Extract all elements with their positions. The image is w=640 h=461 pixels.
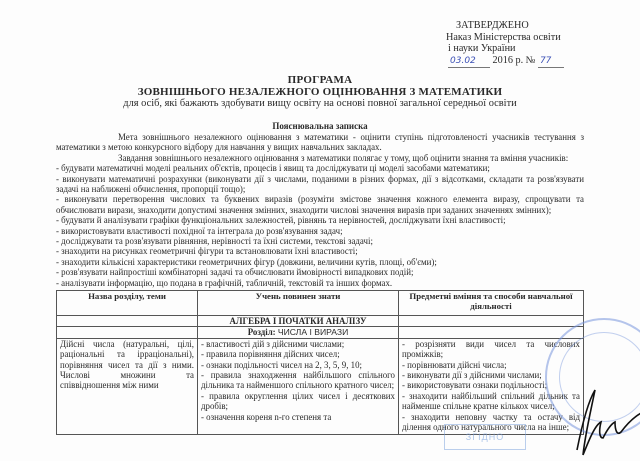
know-item: - властивості дій з дійсними числами;: [201, 339, 395, 349]
know-item: - правила округлення цілих чисел і десят…: [201, 391, 395, 412]
doc-subtitle: ЗОВНІШНЬОГО НЕЗАЛЕЖНОГО ОЦІНЮВАННЯ З МАТ…: [0, 86, 640, 98]
header-skills: Предметні вміння та способи навчальної д…: [399, 291, 584, 316]
approval-date-line: 03.02 2016 р. № 77: [446, 55, 564, 69]
approval-year: 2016 р. №: [493, 55, 536, 66]
know-item: - означення кореня n-го степеня та: [201, 412, 395, 422]
subsection-row: Розділ: ЧИСЛА І ВИРАЗИ: [57, 327, 584, 338]
subsection-title: Розділ: ЧИСЛА І ВИРАЗИ: [198, 327, 399, 338]
list-item: - виконувати математичні розрахунки (вик…: [56, 174, 584, 195]
header-know: Учень повинен знати: [198, 291, 399, 316]
empty-cell: [57, 327, 198, 338]
approval-order: Наказ Міністерства освіти: [446, 32, 564, 44]
explanatory-note-body: Мета зовнішнього незалежного оцінювання …: [56, 132, 584, 288]
table-header-row: Назва розділу, теми Учень повинен знати …: [57, 291, 584, 316]
doc-audience: для осіб, які бажають здобувати вищу осв…: [0, 98, 640, 109]
know-cell: - властивості дій з дійсними числами; - …: [198, 338, 399, 434]
handwritten-date: 03.02: [448, 56, 490, 69]
header-topic: Назва розділу, теми: [57, 291, 198, 316]
list-item: - знаходити на рисунках геометричні фігу…: [56, 246, 584, 256]
approval-title: ЗАТВЕРДЖЕНО: [446, 20, 564, 32]
list-item: - знаходити кількісні характеристики гео…: [56, 257, 584, 267]
know-item: - правила знаходження найбільшого спільн…: [201, 370, 395, 391]
explanatory-note-heading: Пояснювальна записка: [0, 121, 640, 131]
approval-block: ЗАТВЕРДЖЕНО Наказ Міністерства освіти і …: [446, 20, 564, 68]
doc-title: ПРОГРАМА: [0, 74, 640, 86]
approval-ministry: і науки України: [446, 43, 564, 55]
signature-icon: [575, 380, 640, 460]
know-item: - ознаки подільності чисел на 2, 3, 5, 9…: [201, 360, 395, 370]
list-item: - досліджувати та розв'язувати рівняння,…: [56, 236, 584, 246]
know-item: - правила порівняння дійсних чисел;: [201, 349, 395, 359]
topic-cell: Дійсні числа (натуральні, цілі, раціонал…: [57, 338, 198, 434]
empty-cell: [57, 316, 198, 327]
handwritten-order-number: 77: [538, 56, 564, 69]
tasks-paragraph: Завдання зовнішнього незалежного оцінюва…: [56, 153, 584, 163]
section-title: АЛГЕБРА І ПОЧАТКИ АНАЛІЗУ: [198, 316, 399, 327]
empty-cell: [399, 327, 584, 338]
section-row: АЛГЕБРА І ПОЧАТКИ АНАЛІЗУ: [57, 316, 584, 327]
goal-paragraph: Мета зовнішнього незалежного оцінювання …: [56, 132, 584, 153]
curriculum-table: Назва розділу, теми Учень повинен знати …: [56, 290, 584, 435]
subsection-name: ЧИСЛА І ВИРАЗИ: [278, 327, 348, 337]
list-item: - будувати математичні моделі реальних о…: [56, 163, 584, 173]
list-item: - розв'язувати найпростіші комбінаторні …: [56, 267, 584, 277]
list-item: - аналізувати інформацію, що подана в гр…: [56, 278, 584, 288]
list-item: - використовувати властивості похідної т…: [56, 226, 584, 236]
list-item: - будувати й аналізувати графіки функціо…: [56, 215, 584, 225]
table-row: Дійсні числа (натуральні, цілі, раціонал…: [57, 338, 584, 434]
approval-stamp: ЗГІДНО: [444, 424, 526, 450]
list-item: - виконувати перетворення числових та бу…: [56, 194, 584, 215]
subsection-prefix: Розділ:: [248, 327, 276, 337]
empty-cell: [399, 316, 584, 327]
